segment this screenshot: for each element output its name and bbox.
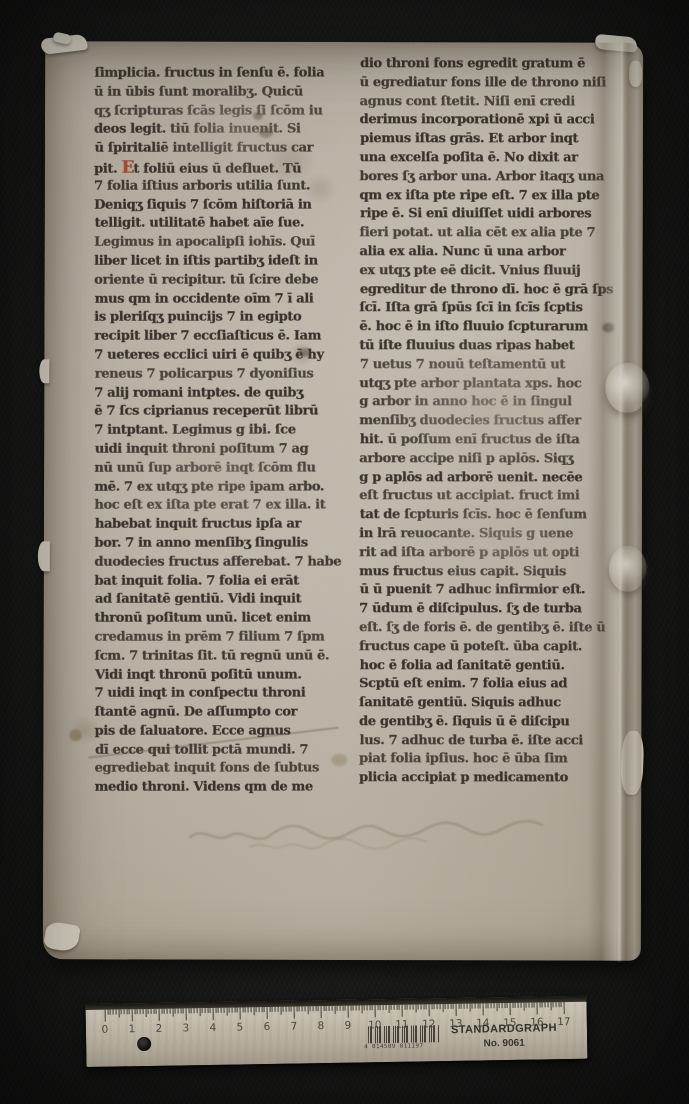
- ruler-tick: [269, 1007, 270, 1012]
- manuscript-text-line: habebat inquit fructus ipſa ar: [95, 516, 342, 535]
- ruler-tick: [218, 1008, 219, 1013]
- ruler-tick: [550, 1002, 551, 1010]
- ruler-tick: [466, 1004, 467, 1009]
- ruler-tick: [285, 1007, 286, 1012]
- manuscript-text-line: ſcī. Iſta grā ſpūs ſcī in ſcīs ſcptis: [359, 300, 612, 319]
- ruler-tick: [199, 1008, 200, 1016]
- ruler-tick: [377, 1005, 378, 1010]
- ruler-number: 9: [344, 1020, 351, 1032]
- ruler-tick: [474, 1004, 475, 1009]
- barcode-digits: 4 014509 011197: [364, 1042, 443, 1050]
- manuscript-text-line: fructus cape ū poteſt. ūba capit.: [359, 638, 612, 657]
- manuscript-text-line: menſibʒ duodecies fructus affer: [359, 412, 612, 431]
- text-column-right: dio throni fons egredit gratum ēū egredi…: [359, 55, 613, 788]
- ruler-number: 12: [422, 1018, 436, 1030]
- manuscript-text-line: duodecies fructus afferebat. 7 habe: [94, 553, 341, 572]
- ruler-tick: [477, 1003, 478, 1008]
- manuscript-text-line: ū ſpiritaliē intelligit fructus car: [94, 140, 341, 159]
- stain-speck: [253, 112, 263, 120]
- ruler-tick: [312, 1006, 313, 1011]
- ruler-tick: [159, 1009, 161, 1021]
- ruler-number: 2: [155, 1023, 162, 1035]
- ruler-tick: [240, 1007, 242, 1019]
- manuscript-text-line: utqʒ pte arbor plantata xps. hoc: [359, 375, 612, 394]
- ruler-tick: [348, 1006, 350, 1018]
- manuscript-text-line: ū ū puenit 7 adhuc infirmior eſt.: [360, 582, 613, 601]
- manuscript-text-line: fieri potat. ut alia cēt ex alia pte 7: [359, 224, 612, 243]
- ruler-tick: [434, 1004, 435, 1009]
- ruler-tick: [145, 1009, 146, 1017]
- ruler-tick: [453, 1004, 454, 1009]
- ruler-tick: [113, 1010, 114, 1015]
- stain-speck: [259, 128, 273, 138]
- ruler-tick: [204, 1008, 205, 1013]
- ruler-tick: [207, 1008, 208, 1013]
- ruler-tick: [140, 1009, 141, 1014]
- photo-canvas: ſimplicia. fructus in ſenſu ē. foliaū in…: [0, 0, 689, 1104]
- ruler-tick: [126, 1009, 127, 1014]
- ruler-tick: [110, 1010, 111, 1015]
- manuscript-text-line: credamus in prēm 7 filium 7 ſpm: [94, 628, 341, 647]
- manuscript-text-line: ū in ūbis ſunt moralibʒ. Quicū: [94, 83, 341, 102]
- ruler-tick: [499, 1003, 500, 1008]
- ruler-tick: [391, 1005, 392, 1010]
- rubricated-initial: E: [121, 158, 133, 178]
- manuscript-text-line: agnus cont ſtetit. Niſi enī credi: [359, 93, 612, 112]
- ruler-tick: [267, 1007, 269, 1019]
- ruler-tick: [315, 1006, 316, 1011]
- ruler-tick: [210, 1008, 211, 1013]
- ruler-tick: [564, 1002, 566, 1014]
- ruler-tick: [542, 1002, 543, 1007]
- page-tear: [39, 359, 49, 383]
- ruler-tick: [221, 1008, 222, 1013]
- ruler-tick: [121, 1009, 122, 1014]
- ruler-tick: [194, 1008, 195, 1013]
- manuscript-text-line: uidi inquit throni poſitum 7 ag: [95, 441, 342, 460]
- ruler-tick: [134, 1009, 135, 1014]
- ruler-number: 10: [368, 1019, 382, 1031]
- ruler-hole: [137, 1037, 151, 1051]
- manuscript-text-line: ſcm. 7 trinitas ſit. tū regnū unū ē.: [94, 647, 341, 666]
- ruler-number: 1: [128, 1023, 135, 1035]
- ruler-tick: [231, 1008, 232, 1013]
- manuscript-text-line: ē. hoc ē in iſto fluuio ſcpturarum: [359, 318, 612, 337]
- ruler-tick: [280, 1007, 281, 1015]
- ruler-tick: [456, 1004, 458, 1016]
- manuscript-text-line: de gentibʒ ē. ſiquis ū ē diſcipu: [359, 713, 612, 732]
- ruler-tick: [366, 1005, 367, 1010]
- ruler-number: 4: [209, 1022, 216, 1034]
- ruler-number: 0: [101, 1024, 108, 1036]
- ruler-tick: [523, 1003, 524, 1011]
- ruler-number: 16: [530, 1016, 544, 1028]
- ruler-tick: [334, 1006, 335, 1014]
- stain-speck: [298, 348, 310, 357]
- line-text: t foliū eius ū defluet. Tū: [133, 162, 301, 177]
- ruler-tick: [385, 1005, 386, 1010]
- manuscript-text-line: ē 7 ſcs ciprianus receperūt librū: [94, 403, 341, 422]
- ruler-tick: [364, 1005, 365, 1010]
- ruler-tick: [485, 1003, 486, 1008]
- manuscript-text-line: plicia accipiat p medicamento: [359, 770, 612, 789]
- ruler-tick: [528, 1003, 529, 1008]
- manuscript-text-line: dio throni fons egredit gratum ē: [360, 55, 613, 74]
- text-column-left: ſimplicia. fructus in ſenſu ē. foliaū in…: [94, 65, 341, 798]
- ruler-tick: [329, 1006, 330, 1011]
- ruler: 4 014509 011197 STANDARDGRAPH No. 9061 0…: [85, 996, 587, 1067]
- ruler-tick: [515, 1003, 516, 1008]
- ruler-tick: [250, 1007, 251, 1012]
- ruler-tick: [299, 1006, 300, 1011]
- ruler-tick: [132, 1009, 134, 1021]
- ruler-tick: [283, 1007, 284, 1012]
- ruler-tick: [431, 1004, 432, 1009]
- manuscript-text-line: is pleriſqʒ puincijs 7 in egipto: [94, 309, 341, 328]
- manuscript-text-line: 7 uidi inqt in conſpectu throni: [94, 685, 341, 704]
- ruler-tick: [156, 1009, 157, 1014]
- ruler-tick: [223, 1008, 224, 1013]
- manuscript-text-line: 7 ūdum ē diſcipulus. ſʒ de turba: [359, 600, 612, 619]
- manuscript-text-line: 7 alij romani intptes. de quibʒ: [94, 384, 341, 403]
- ruler-number: 7: [290, 1020, 297, 1032]
- manuscript-text-line: egrediebat inquit fons de ſubtus: [94, 760, 341, 779]
- manuscript-text-line: eſt fructus ut accipiat. fruct imi: [359, 488, 612, 507]
- ruler-tick: [369, 1005, 370, 1010]
- manuscript-text-line: una excelſa poſita ē. No dixit ar: [359, 149, 612, 168]
- manuscript-text-line: deos legit. tiū folia inuenit. Si: [94, 121, 341, 140]
- ruler-tick: [437, 1004, 438, 1009]
- ruler-tick: [175, 1009, 176, 1014]
- manuscript-text-line: tū iſte fluuius duas ripas habet: [359, 337, 612, 356]
- ruler-tick: [288, 1007, 289, 1012]
- ruler-tick: [272, 1007, 273, 1012]
- manuscript-text-line: pit. Et foliū eius ū defluet. Tū: [94, 159, 341, 178]
- ruler-tick: [256, 1007, 257, 1012]
- ruler-tick: [296, 1006, 297, 1011]
- manuscript-text-line: 7 intptant. Legimus g ibi. ſce: [94, 422, 341, 441]
- manuscript-text-line: g arbor in anno hoc ē in ſingul: [359, 394, 612, 413]
- ruler-tick: [180, 1008, 181, 1013]
- manuscript-text-line: hoc ē folia ad ſanitatē gentiū.: [359, 657, 612, 676]
- ruler-tick: [383, 1005, 384, 1010]
- ruler-tick: [167, 1009, 168, 1014]
- ruler-tick: [537, 1003, 539, 1015]
- ruler-tick: [545, 1002, 546, 1007]
- ruler-tick: [510, 1003, 512, 1015]
- ruler-tick: [480, 1003, 481, 1008]
- manuscript-text-line: bores ſʒ arbor una. Arbor itaqʒ una: [359, 168, 612, 187]
- ruler-tick: [445, 1004, 446, 1009]
- ruler-tick: [229, 1008, 230, 1013]
- manuscript-text-line: nū unū ſup arborē inqt ſcōm flu: [94, 459, 341, 478]
- ruler-tick: [202, 1008, 203, 1013]
- manuscript-text-line: telligit. utilitatē habet aīe ſue.: [94, 215, 341, 234]
- ruler-tick: [161, 1009, 162, 1014]
- ruler-tick: [488, 1003, 489, 1008]
- manuscript-text-line: mus fructus eius capit. Siquis: [359, 563, 612, 582]
- ruler-tick: [258, 1007, 259, 1012]
- ruler-tick: [234, 1008, 235, 1013]
- ruler-model: No. 9061: [438, 1037, 570, 1050]
- ruler-number: 14: [476, 1017, 490, 1029]
- manuscript-text-line: oriente ū recipitur. tū ſcire debe: [94, 271, 341, 290]
- manuscript-text-line: bat inquit folia. 7 folia ei erāt: [94, 572, 341, 591]
- manuscript-text-line: ex utqʒ pte eē dicit. Vnius fluuij: [359, 262, 612, 281]
- ruler-tick: [483, 1003, 485, 1015]
- manuscript-text-line: ſimplicia. fructus in ſenſu ē. folia: [94, 65, 341, 84]
- ruler-tick: [531, 1003, 532, 1008]
- manuscript-text-line: bor. 7 in anno menſibʒ ſingulis: [94, 534, 341, 553]
- manuscript-text-line: Scptū eſt enim. 7 folia eius ad: [359, 676, 612, 695]
- manuscript-text-line: derimus incorporationē xpi ū acci: [359, 112, 612, 131]
- ruler-tick: [275, 1007, 276, 1012]
- ruler-tick: [507, 1003, 508, 1008]
- ruler-tick: [518, 1003, 519, 1008]
- manuscript-text-line: ſtantē agnū. De aſſumpto cor: [94, 704, 341, 723]
- ruler-tick: [458, 1004, 459, 1009]
- ruler-tick: [520, 1003, 521, 1008]
- ruler-tick: [129, 1009, 130, 1014]
- ruler-tick: [188, 1008, 189, 1013]
- ruler-tick: [461, 1004, 462, 1009]
- ruler-tick: [429, 1004, 431, 1016]
- ruler-tick: [493, 1003, 494, 1008]
- ruler-tick: [318, 1006, 319, 1011]
- ruler-tick: [380, 1005, 381, 1010]
- ruler-tick: [512, 1003, 513, 1008]
- ruler-tick: [496, 1003, 497, 1011]
- sewing-support-bump: [609, 546, 647, 592]
- manuscript-text-line: rit ad iſta arborē p aplōs ut opti: [359, 544, 612, 563]
- stain-speck: [331, 754, 347, 766]
- ruler-tick: [469, 1004, 470, 1012]
- ruler-tick: [412, 1005, 413, 1010]
- manuscript-text-line: ripe ē. Si enī diuiſſet uidi arbores: [360, 206, 613, 225]
- ruler-number: 8: [317, 1020, 324, 1032]
- ruler-tick: [196, 1008, 197, 1013]
- manuscript-text-line: hoc eſt ex iſta pte erat 7 ex illa. it: [94, 497, 341, 516]
- manuscript-text-line: mē. 7 ex utqʒ pte ripe ipam arbo.: [94, 478, 341, 497]
- ruler-tick: [442, 1004, 443, 1012]
- ruler-tick: [253, 1007, 254, 1015]
- manuscript-text-line: thronū poſitum unū. licet enim: [94, 610, 341, 629]
- ruler-number: 17: [557, 1016, 571, 1028]
- ruler-tick: [464, 1004, 465, 1009]
- ruler-tick: [169, 1009, 170, 1014]
- ruler-tick: [107, 1010, 108, 1015]
- ruler-tick: [426, 1004, 427, 1009]
- line-text: pit.: [94, 162, 121, 177]
- manuscript-text-line: eſt. ſʒ de foris ē. de gentibʒ ē. iſte ū: [359, 619, 612, 638]
- manuscript-text-line: lus. 7 adhuc de turba ē. iſte acci: [359, 732, 612, 751]
- page-tear: [43, 921, 81, 953]
- offset-text-traces: [129, 813, 629, 854]
- ruler-tick: [237, 1007, 238, 1012]
- manuscript-text-line: medio throni. Videns qm de me: [94, 779, 341, 798]
- ruler-tick: [504, 1003, 505, 1008]
- ruler-tick: [291, 1007, 292, 1012]
- ruler-tick: [356, 1006, 357, 1011]
- ruler-tick: [191, 1008, 192, 1013]
- ruler-number: 5: [236, 1021, 243, 1033]
- manuscript-text-line: qm ex iſta pte ripe eſt. 7 ex illa pte: [359, 187, 612, 206]
- ruler-tick: [183, 1008, 184, 1013]
- ruler-tick: [353, 1006, 354, 1011]
- ruler-number: 11: [395, 1019, 409, 1031]
- ruler-tick: [439, 1004, 440, 1009]
- manuscript-text-line: 7 uetus 7 nouū teſtamentū ut: [360, 356, 613, 375]
- ruler-tick: [342, 1006, 343, 1011]
- ruler-tick: [358, 1005, 359, 1010]
- manuscript-text-line: piat folia ipſius. hoc ē ūba ſim: [359, 751, 612, 770]
- ruler-tick: [123, 1009, 124, 1014]
- ruler-tick: [561, 1002, 562, 1007]
- ruler-tick: [302, 1006, 303, 1011]
- ruler-tick: [307, 1006, 308, 1014]
- sewing-support-bump: [605, 363, 649, 413]
- manuscript-text-line: egreditur de throno dī. hoc ē grā ſps: [360, 281, 613, 300]
- stain-speck: [69, 729, 81, 741]
- ruler-tick: [164, 1009, 165, 1014]
- ruler-tick: [118, 1009, 119, 1017]
- ruler-tick: [420, 1004, 421, 1009]
- manuscript-text-line: reneus 7 policarpus 7 dyoniſius: [95, 365, 342, 384]
- manuscript-text-line: mus qm in occidente oīm 7 ī ali: [95, 290, 342, 309]
- ruler-tick: [526, 1003, 527, 1008]
- manuscript-text-line: g p aplōs ad arborē uenit. necēe: [359, 469, 612, 488]
- binding-spine-fold: [588, 43, 643, 961]
- manuscript-text-line: qʒ ſcripturas ſcās legis ſi ſcōm iu: [94, 102, 341, 121]
- ruler-number: 15: [503, 1017, 517, 1029]
- ruler-number: 3: [182, 1022, 189, 1034]
- manuscript-text-line: tat de ſcpturis ſcīs. hoc ē ſenſum: [360, 506, 613, 525]
- ruler-tick: [242, 1007, 243, 1012]
- manuscript-text-line: ad ſanitatē gentiū. Vidi inquit: [95, 591, 342, 610]
- manuscript-text-line: arbore accipe niſi p aplōs. Siqʒ: [359, 450, 612, 469]
- ruler-tick: [137, 1009, 138, 1014]
- ruler-tick: [213, 1008, 215, 1020]
- manuscript-text-line: ſanitatē gentiū. Siquis adhuc: [359, 694, 612, 713]
- ruler-tick: [321, 1006, 323, 1018]
- ruler-tick: [372, 1005, 373, 1010]
- manuscript-text-line: piemus iſtas grās. Et arbor inqt: [360, 130, 613, 149]
- ruler-tick: [393, 1005, 394, 1010]
- ruler-tick: [294, 1007, 296, 1019]
- ruler-tick: [501, 1003, 502, 1008]
- ruler-tick: [388, 1005, 389, 1013]
- ruler-tick: [491, 1003, 492, 1008]
- ruler-tick: [407, 1005, 408, 1010]
- ruler-tick: [261, 1007, 262, 1012]
- ruler-tick: [323, 1006, 324, 1011]
- ruler-tick: [304, 1006, 305, 1011]
- ruler-tick: [245, 1007, 246, 1012]
- manuscript-text-line: Vidi inqt thronū poſitū unum.: [95, 666, 342, 685]
- ruler-tick: [415, 1005, 416, 1013]
- ruler-tick: [331, 1006, 332, 1011]
- ruler-tick: [539, 1002, 540, 1007]
- ruler-tick: [105, 1010, 107, 1022]
- ruler-tick: [226, 1008, 227, 1016]
- ruler-tick: [547, 1002, 548, 1007]
- ruler-tick: [555, 1002, 556, 1007]
- ruler-tick: [345, 1006, 346, 1011]
- ruler-tick: [153, 1009, 154, 1014]
- ruler-number: 13: [449, 1018, 463, 1030]
- ruler-tick: [447, 1004, 448, 1009]
- ruler-tick: [148, 1009, 149, 1014]
- ruler-tick: [264, 1007, 265, 1012]
- manuscript-text-line: 7 folia iſtius arboris utilia ſunt.: [94, 177, 341, 196]
- page-tear: [38, 541, 50, 571]
- manuscript-text-line: Legimus in apocalipſi iohīs. Quī: [94, 234, 341, 253]
- ruler-tick: [418, 1004, 419, 1009]
- ruler-tick: [558, 1002, 559, 1007]
- ruler-tick: [177, 1008, 178, 1013]
- ruler-tick: [142, 1009, 143, 1014]
- ruler-tick: [186, 1008, 188, 1020]
- ruler-tick: [553, 1002, 554, 1007]
- manuscript-text-line: hit. ū poſſum enī fructus de iſta: [360, 431, 613, 450]
- ruler-tick: [404, 1005, 405, 1010]
- ruler-tick: [402, 1005, 404, 1017]
- manuscript-text-line: recipit liber 7 eccſiaſticus ē. Iam: [94, 328, 341, 347]
- manuscript-text-line: Deniqʒ ſiquis 7 ſcōm hiſtoriā in: [94, 196, 341, 215]
- ruler-tick: [361, 1005, 362, 1013]
- ruler-tick: [410, 1005, 411, 1010]
- ruler-tick: [326, 1006, 327, 1011]
- manuscript-text-line: alia ex alia. Nunc ū una arbor: [359, 243, 612, 262]
- ruler-tick: [534, 1003, 535, 1008]
- ruler-tick: [399, 1005, 400, 1010]
- manuscript-page: ſimplicia. fructus in ſenſu ē. foliaū in…: [43, 41, 643, 961]
- ruler-tick: [277, 1007, 278, 1012]
- ruler-tick: [350, 1006, 351, 1011]
- ruler-tick: [215, 1008, 216, 1013]
- manuscript-text-line: liber licet in iſtis partibʒ ideſt in: [94, 253, 341, 272]
- ruler-tick: [337, 1006, 338, 1011]
- ruler-tick: [115, 1009, 116, 1014]
- manuscript-text-line: in lrā reuocante. Siquis g uene: [359, 525, 612, 544]
- ruler-tick: [150, 1009, 151, 1014]
- ruler-tick: [396, 1005, 397, 1010]
- ruler-tick: [375, 1005, 377, 1017]
- ruler-tick: [248, 1007, 249, 1012]
- ruler-tick: [310, 1006, 311, 1011]
- ruler-number: 6: [263, 1021, 270, 1033]
- ruler-tick: [423, 1004, 424, 1009]
- ruler-tick: [172, 1009, 173, 1017]
- ruler-tick: [339, 1006, 340, 1011]
- ruler-tick: [472, 1004, 473, 1009]
- ruler-tick: [450, 1004, 451, 1009]
- manuscript-text-line: ū egrediatur fons ille de throno niſi: [359, 74, 612, 93]
